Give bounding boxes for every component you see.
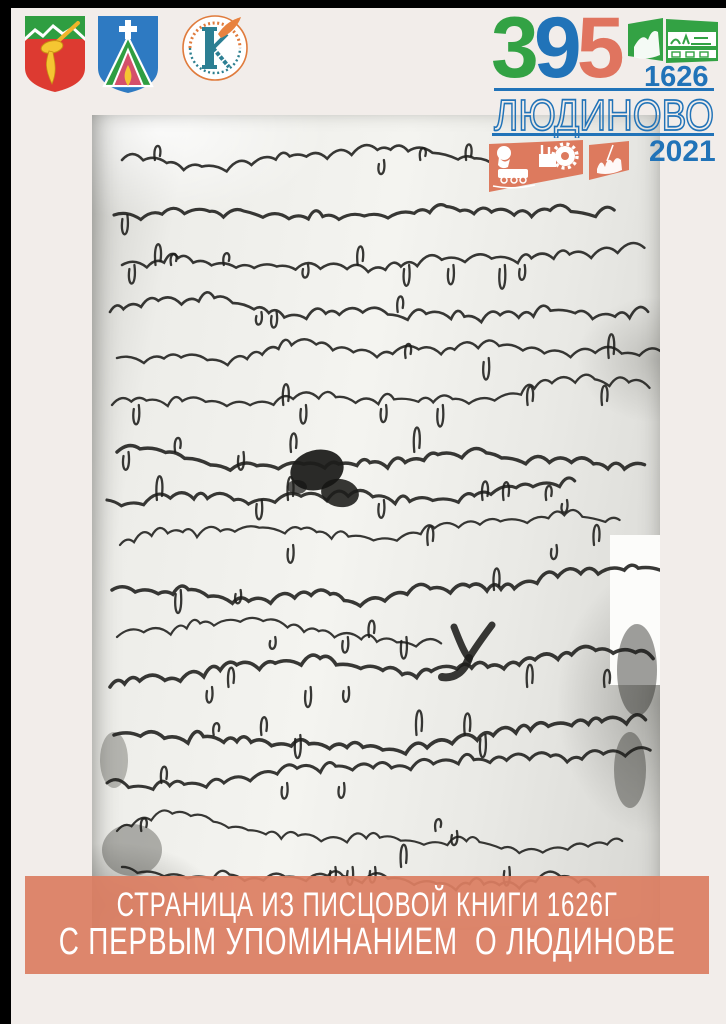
- digit-5: 5: [577, 8, 620, 88]
- digit-3: 3: [491, 8, 534, 88]
- city-arms-icon: [95, 13, 161, 96]
- frame-left-strip: [0, 0, 11, 1024]
- anniversary-year: 2021: [649, 135, 716, 169]
- manuscript-image: [92, 115, 660, 930]
- handwriting-strokes: [92, 115, 660, 930]
- caption-line-2: С ПЕРВЫМ УПОМИНАНИЕМ О ЛЮДИНОВЕ: [58, 923, 675, 963]
- digit-9: 9: [534, 8, 577, 88]
- city-name-text: ЛЮДИНОВО: [494, 91, 714, 138]
- caption-line-1: СТРАНИЦА ИЗ ПИСЦОВОЙ КНИГИ 1626Г: [117, 887, 618, 923]
- flag-vignette-icon: [628, 17, 718, 65]
- district-arms-icon: [22, 13, 88, 95]
- anniversary-number: 395: [491, 8, 620, 88]
- city-name: ЛЮДИНОВО: [490, 90, 718, 138]
- poster: 395 1626 ЛЮДИНОВО: [0, 0, 726, 1024]
- culture-emblem-icon: [180, 10, 250, 86]
- industry-banner-icon: [489, 139, 653, 197]
- caption-banner: СТРАНИЦА ИЗ ПИСЦОВОЙ КНИГИ 1626Г С ПЕРВЫ…: [25, 876, 709, 974]
